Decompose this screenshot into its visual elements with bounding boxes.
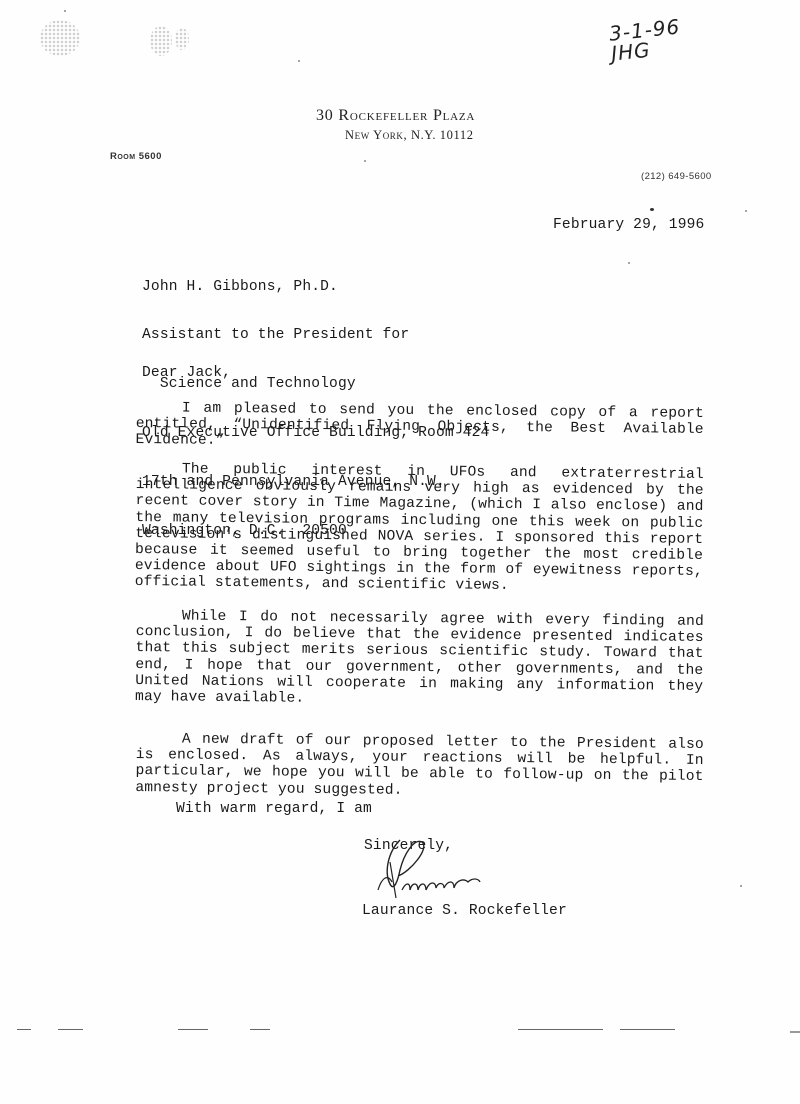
body-paragraph-text: I am pleased to send you the enclosed co… [135,400,703,449]
letterhead-street: 30 Rockefeller Plaza [316,107,475,125]
recipient-name: John H. Gibbons, Ph.D. [142,279,489,295]
body-paragraph: The public interest in UFOs and extrater… [135,461,704,597]
scan-dot [64,10,66,12]
body-paragraph: A new draft of our proposed letter to th… [135,731,704,802]
scan-dot [628,262,630,264]
body-paragraph: I am pleased to send you the enclosed co… [135,400,703,455]
body-paragraph-text: A new draft of our proposed letter to th… [135,731,704,798]
signature-icon [370,832,550,902]
scan-dot [650,208,654,211]
letterhead-city: New York, N.Y. 10112 [345,128,474,143]
signer-name: Laurance S. Rockefeller [362,903,567,919]
body-paragraph-text: The public interest in UFOs and extrater… [135,461,704,594]
scan-speckle [175,28,189,50]
scan-speckle [40,20,80,56]
salutation: Dear Jack, [142,365,231,381]
body-paragraph-text: While I do not necessarily agree with ev… [135,608,704,706]
scan-artifact-line [790,1031,800,1033]
scan-dot [740,885,742,887]
handwritten-initials: JHG [610,36,683,63]
handwritten-date-initials: 3-1-96 JHG [608,16,683,63]
scan-artifact-line [620,1029,675,1030]
scan-speckle [150,26,172,56]
scan-dot [364,160,366,162]
scan-artifact-line [17,1029,31,1030]
letterhead-room: Room 5600 [110,151,162,162]
scan-artifact-line [518,1029,603,1030]
letter-date: February 29, 1996 [553,217,704,233]
scan-dot [745,210,747,212]
scanned-letter-page: 3-1-96 JHG 30 Rockefeller Plaza New York… [0,0,800,1104]
scan-artifact-line [58,1029,83,1030]
scan-artifact-line [250,1029,270,1030]
recipient-title: Assistant to the President for [142,327,489,343]
body-paragraph: While I do not necessarily agree with ev… [135,608,704,711]
scan-dot [298,60,300,62]
closing-line: With warm regard, I am [176,801,372,817]
scan-artifact-line [178,1029,208,1030]
letterhead-phone: (212) 649-5600 [641,171,712,182]
